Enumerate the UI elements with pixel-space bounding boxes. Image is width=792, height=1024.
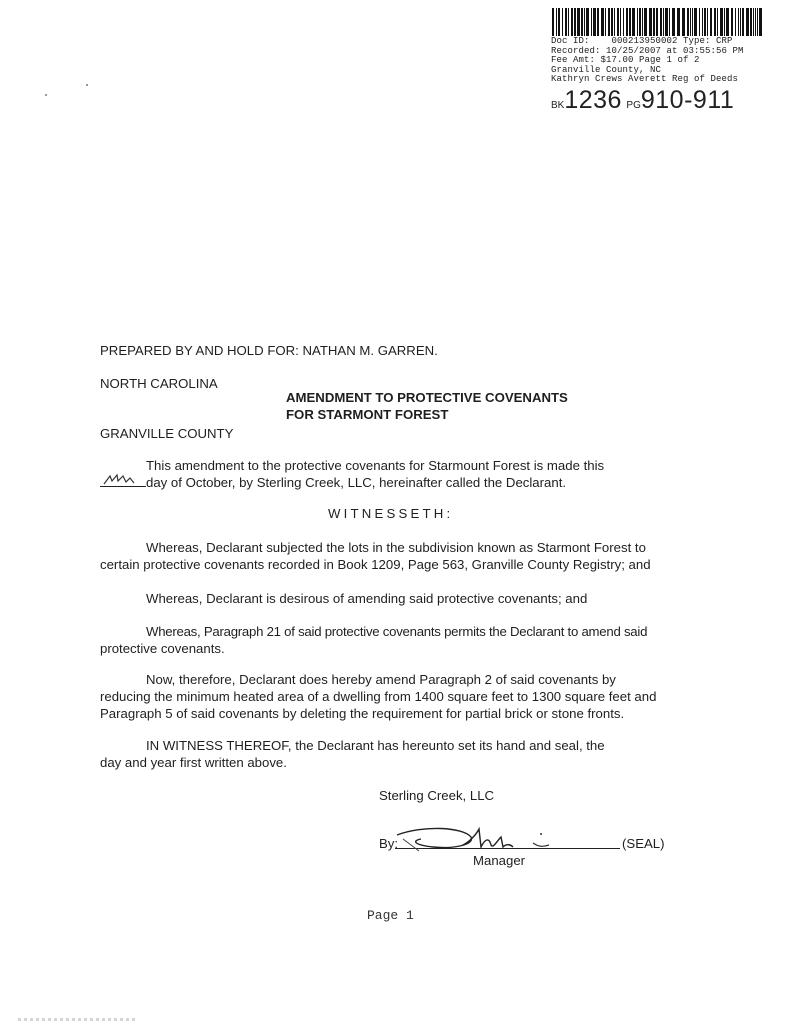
document-title-line1: AMENDMENT TO PROTECTIVE COVENANTS — [286, 389, 568, 406]
county-heading: GRANVILLE COUNTY — [100, 425, 233, 442]
state-heading: NORTH CAROLINA — [100, 375, 218, 392]
day-blank-handwritten — [100, 474, 146, 487]
register-line: Kathryn Crews Averett Reg of Deeds — [551, 74, 738, 84]
intro-line2-wrap: day of October, by Sterling Creek, LLC, … — [100, 474, 566, 491]
recording-stamp: Doc ID: 000213950002 Type: CRP Recorded:… — [551, 37, 744, 85]
recorded-line: Recorded: 10/25/2007 at 03:55:56 PM — [551, 46, 744, 56]
book-label: BK — [551, 100, 564, 111]
page-number: Page 1 — [367, 908, 414, 923]
fee-line: Fee Amt: $17.00 Page 1 of 2 — [551, 55, 700, 65]
in-witness-line2: day and year first written above. — [100, 754, 287, 771]
whereas3-line2: protective covenants. — [100, 640, 225, 657]
now-therefore-line3: Paragraph 5 of said covenants by deletin… — [100, 705, 624, 722]
page-range: 910-911 — [641, 86, 734, 114]
page-label: PG — [626, 100, 640, 111]
now-therefore-line2: reducing the minimum heated area of a dw… — [100, 688, 656, 705]
whereas1-line2: certain protective covenants recorded in… — [100, 556, 651, 573]
scan-speck — [86, 84, 88, 86]
handwritten-day-icon — [102, 472, 146, 486]
recording-barcode — [552, 8, 764, 36]
scan-artifact — [18, 1018, 136, 1021]
whereas3-line1: Whereas, Paragraph 21 of said protective… — [146, 623, 647, 640]
document-title-line2: FOR STARMONT FOREST — [286, 406, 448, 423]
intro-line1: This amendment to the protective covenan… — [146, 457, 604, 474]
whereas2: Whereas, Declarant is desirous of amendi… — [146, 590, 587, 607]
witnesseth-heading: WITNESSETH: — [328, 505, 453, 522]
scan-speck — [45, 94, 47, 96]
now-therefore-line1: Now, therefore, Declarant does hereby am… — [146, 671, 616, 688]
intro-line2: day of October, by Sterling Creek, LLC, … — [146, 475, 566, 490]
seal-label: (SEAL) — [622, 835, 665, 852]
prepared-by: PREPARED BY AND HOLD FOR: NATHAN M. GARR… — [100, 342, 438, 359]
company-name: Sterling Creek, LLC — [379, 787, 494, 804]
county-line: Granville County, NC — [551, 65, 661, 75]
book-number: 1236 — [564, 86, 622, 114]
whereas1-line1: Whereas, Declarant subjected the lots in… — [146, 539, 646, 556]
book-page-reference: BK1236 PG910-911 — [551, 86, 734, 115]
doc-id-line: Doc ID: 000213950002 Type: CRP — [551, 36, 733, 46]
signer-title: Manager — [473, 852, 525, 869]
in-witness-line1: IN WITNESS THEREOF, the Declarant has he… — [146, 737, 605, 754]
